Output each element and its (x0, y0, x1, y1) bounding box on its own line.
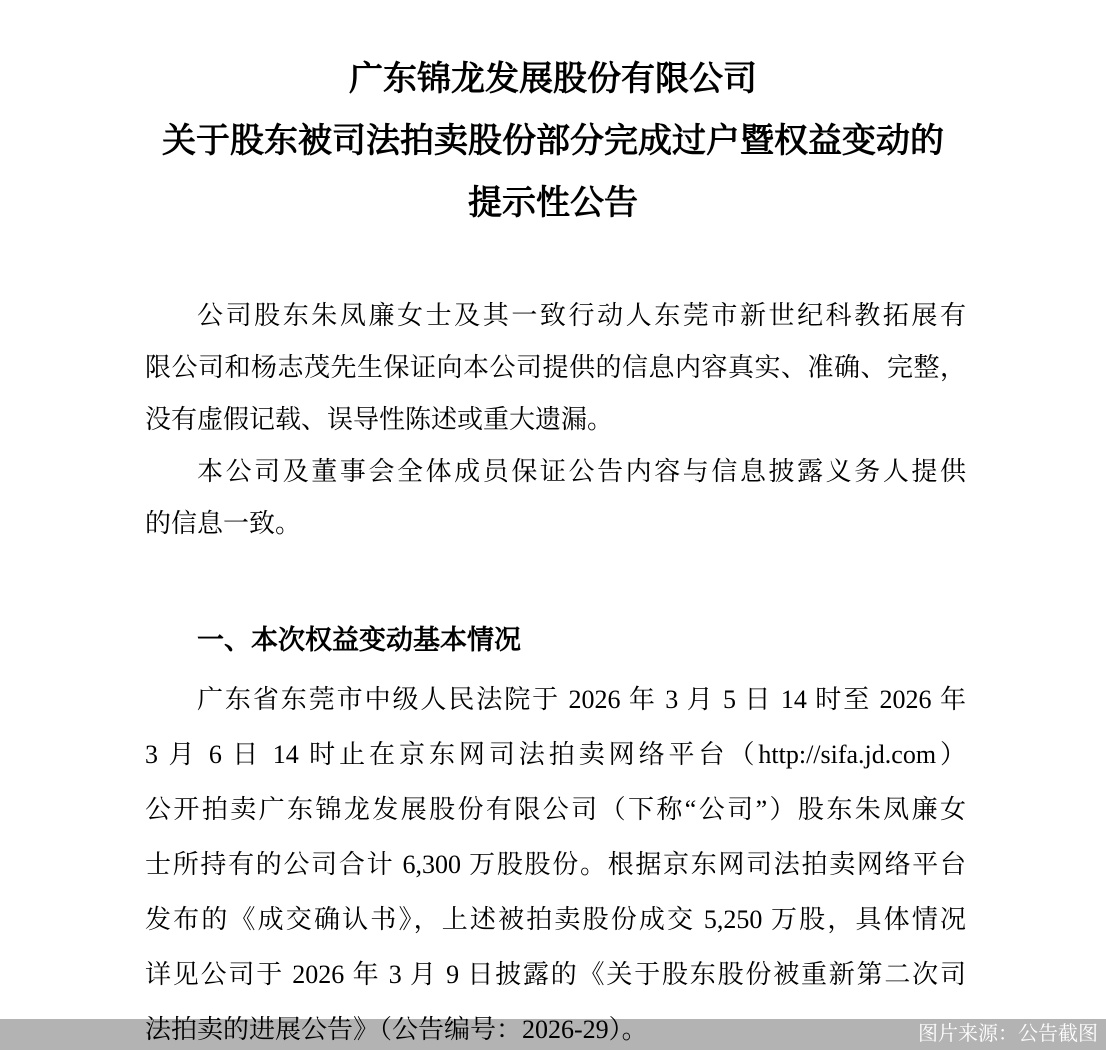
body-line-5: 发布的《成交确认书》，上述被拍卖股份成交 5,250 万股，具体情况 (145, 892, 966, 947)
declaration-p1-line1: 公司股东朱凤廉女士及其一致行动人东莞市新世纪科教拓展有 (145, 290, 966, 342)
announcement-document: 广东锦龙发展股份有限公司 关于股东被司法拍卖股份部分完成过户暨权益变动的 提示性… (0, 0, 1106, 1050)
body-line-4: 士所持有的公司合计 6,300 万股股份。根据京东网司法拍卖网络平台 (145, 837, 966, 892)
declaration-p1-line3: 没有虚假记载、误导性陈述或重大遗漏。 (145, 394, 966, 446)
title-subject-line: 关于股东被司法拍卖股份部分完成过户暨权益变动的 (0, 110, 1106, 172)
title-notice-type: 提示性公告 (0, 172, 1106, 234)
body-line-2: 3 月 6 日 14 时止在京东网司法拍卖网络平台（http://sifa.jd… (145, 727, 966, 782)
declaration-section: 公司股东朱凤廉女士及其一致行动人东莞市新世纪科教拓展有 限公司和杨志茂先生保证向… (145, 290, 966, 550)
declaration-p1-line2: 限公司和杨志茂先生保证向本公司提供的信息内容真实、准确、完整， (145, 342, 966, 394)
title-company-name: 广东锦龙发展股份有限公司 (0, 48, 1106, 110)
section-1-heading: 一、本次权益变动基本情况 (145, 619, 966, 661)
section-1-body: 广东省东莞市中级人民法院于 2026 年 3 月 5 日 14 时至 2026 … (145, 672, 966, 1050)
body-line-1: 广东省东莞市中级人民法院于 2026 年 3 月 5 日 14 时至 2026 … (145, 672, 966, 727)
body-line-7: 法拍卖的进展公告》（公告编号：2026-29）。 (145, 1002, 966, 1050)
body-line-3: 公开拍卖广东锦龙发展股份有限公司（下称“公司”）股东朱凤廉女 (145, 782, 966, 837)
declaration-p2-line2: 的信息一致。 (145, 498, 966, 550)
body-line-6: 详见公司于 2026 年 3 月 9 日披露的《关于股东股份被重新第二次司 (145, 947, 966, 1002)
announcement-title: 广东锦龙发展股份有限公司 关于股东被司法拍卖股份部分完成过户暨权益变动的 提示性… (0, 0, 1106, 234)
announcement-page: { "document": { "title_lines": [ "广东锦龙发展… (0, 0, 1106, 1050)
declaration-p2-line1: 本公司及董事会全体成员保证公告内容与信息披露义务人提供 (145, 446, 966, 498)
